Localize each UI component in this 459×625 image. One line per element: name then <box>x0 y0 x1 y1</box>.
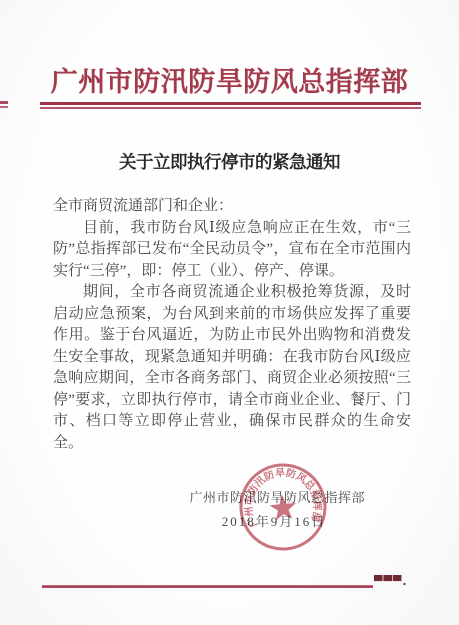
header-org-name: 广州市防汛防旱防风总指挥部 <box>0 60 459 99</box>
seal-star-icon <box>269 493 298 521</box>
official-seal: 广州市防汛防旱防风总指挥部 <box>223 447 342 566</box>
header-rule-thick <box>40 102 421 105</box>
header-rule-thin <box>40 107 421 109</box>
footer-rule <box>42 585 373 588</box>
header-rule-left-stub-thick <box>0 101 8 104</box>
body-paragraph: 目前，我市防台风Ⅰ级应急响应正在生效，市“三防”总指挥部已发布“全民动员令”，宣… <box>53 218 411 283</box>
watermark-fragment: ▀▀▀. <box>374 575 414 588</box>
notice-body: 全市商贸流通部门和企业： 目前，我市防台风Ⅰ级应急响应正在生效，市“三防”总指挥… <box>53 196 411 454</box>
notice-title: 关于立即执行停市的紧急通知 <box>0 149 459 174</box>
salutation-line: 全市商贸流通部门和企业： <box>53 196 411 218</box>
body-paragraph: 期间，全市各商贸流通企业积极抢筹货源，及时启动应急预案，为台风到来前的市场供应发… <box>53 282 411 454</box>
document-page: 广州市防汛防旱防风总指挥部 关于立即执行停市的紧急通知 全市商贸流通部门和企业：… <box>0 0 459 625</box>
header-rule-left-stub-thin <box>0 106 8 108</box>
